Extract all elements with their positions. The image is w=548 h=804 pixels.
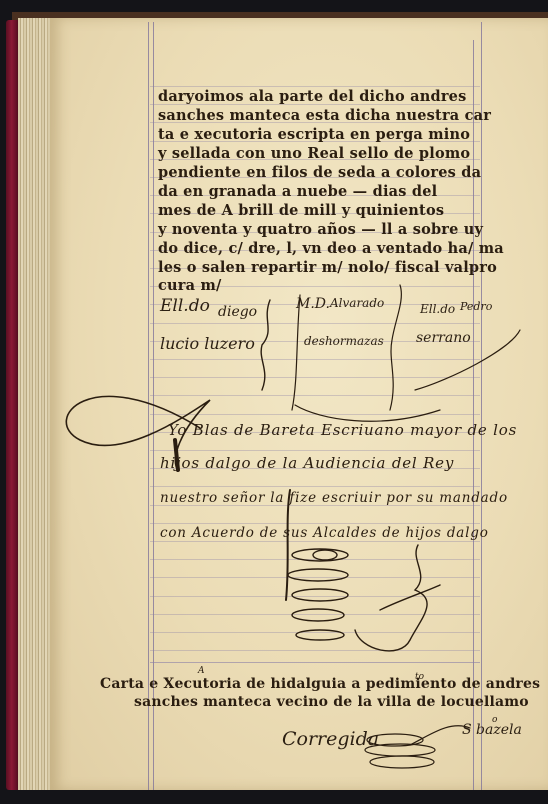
flourishes — [0, 0, 548, 804]
